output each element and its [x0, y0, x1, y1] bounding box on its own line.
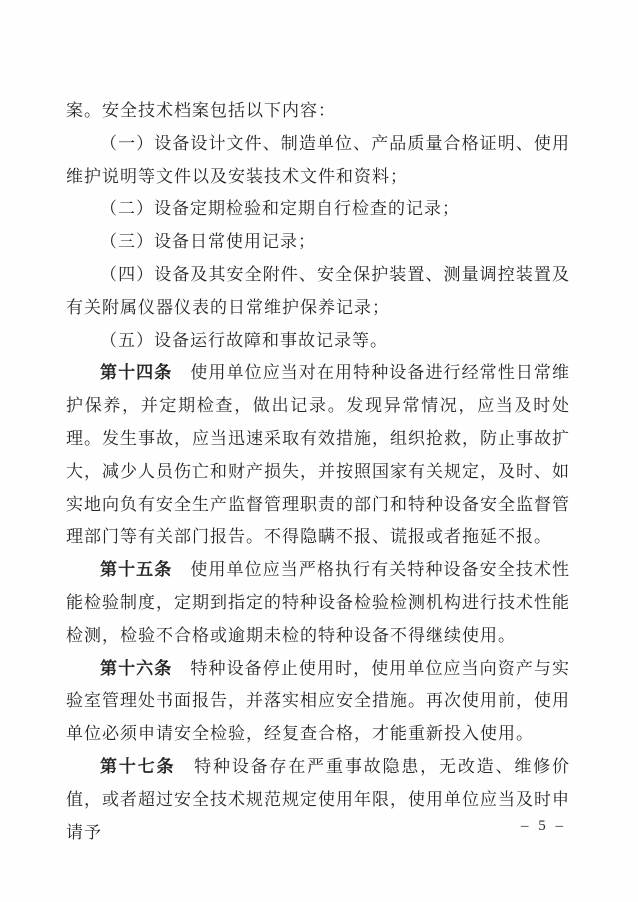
article-term: 第十四条 — [100, 363, 172, 382]
paragraph-item-3: （三）设备日常使用记录； — [66, 226, 570, 259]
paragraph-text: （一）设备设计文件、制造单位、产品质量合格证明、使用维护说明等文件以及安装技术文… — [66, 134, 570, 186]
paragraph-article-15: 第十五条 使用单位应当严格执行有关特种设备安全技术性能检验制度，定期到指定的特种… — [66, 554, 570, 652]
paragraph-article-16: 第十六条 特种设备停止使用时，使用单位应当向资产与实验室管理处书面报告，并落实相… — [66, 653, 570, 751]
document-page: 案。安全技术档案包括以下内容： （一）设备设计文件、制造单位、产品质量合格证明、… — [0, 0, 638, 902]
page-number: – 5 – — [521, 818, 566, 835]
paragraph-continuation: 案。安全技术档案包括以下内容： — [66, 95, 570, 128]
paragraph-item-5: （五）设备运行故障和事故记录等。 — [66, 325, 570, 358]
paragraph-text: （三）设备日常使用记录； — [100, 232, 316, 251]
article-term: 第十五条 — [100, 560, 172, 579]
paragraph-text: （五）设备运行故障和事故记录等。 — [100, 331, 388, 350]
paragraph-text: 使用单位应当对在用特种设备进行经常性日常维护保养，并定期检查，做出记录。发现异常… — [66, 363, 570, 546]
document-body: 案。安全技术档案包括以下内容： （一）设备设计文件、制造单位、产品质量合格证明、… — [66, 95, 570, 849]
paragraph-item-2: （二）设备定期检验和定期自行检查的记录； — [66, 193, 570, 226]
paragraph-article-14: 第十四条 使用单位应当对在用特种设备进行经常性日常维护保养，并定期检查，做出记录… — [66, 357, 570, 554]
paragraph-text: 案。安全技术档案包括以下内容： — [66, 101, 336, 120]
paragraph-text: （四）设备及其安全附件、安全保护装置、测量调控装置及有关附属仪器仪表的日常维护保… — [66, 265, 570, 317]
paragraph-item-1: （一）设备设计文件、制造单位、产品质量合格证明、使用维护说明等文件以及安装技术文… — [66, 128, 570, 194]
paragraph-item-4: （四）设备及其安全附件、安全保护装置、测量调控装置及有关附属仪器仪表的日常维护保… — [66, 259, 570, 325]
paragraph-text: （二）设备定期检验和定期自行检查的记录； — [100, 199, 460, 218]
article-term: 第十七条 — [100, 757, 175, 776]
article-term: 第十六条 — [100, 659, 172, 678]
paragraph-article-17: 第十七条 特种设备存在严重事故隐患，无改造、维修价值，或者超过安全技术规范规定使… — [66, 751, 570, 849]
